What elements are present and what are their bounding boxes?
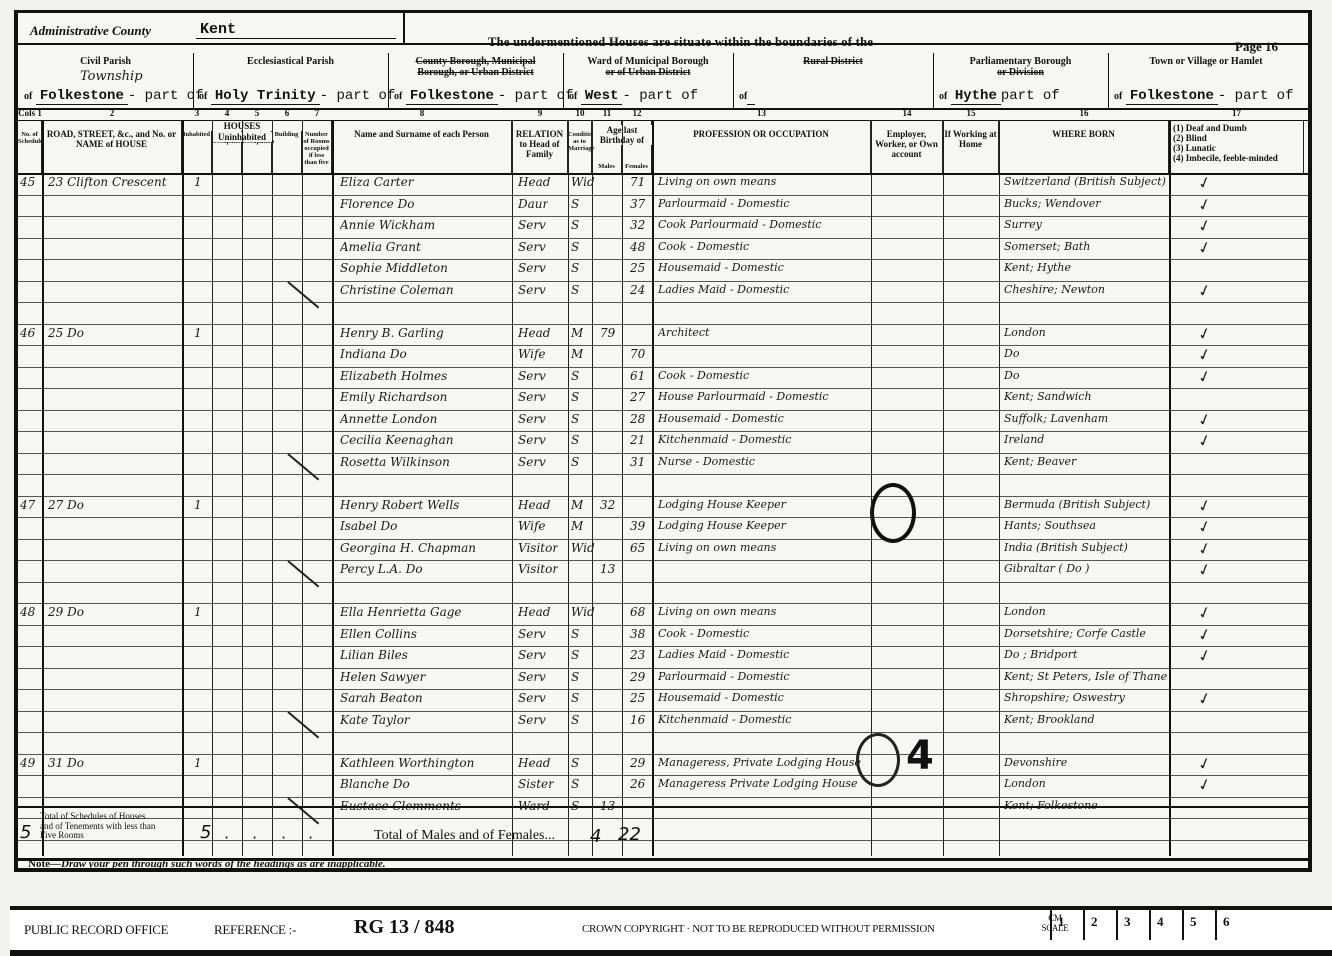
where_born-header-text: WHERE BORN xyxy=(999,129,1168,139)
condition: M xyxy=(571,519,583,533)
area-title-line1: Parliamentary Borough xyxy=(970,56,1072,67)
column-number: 14 xyxy=(871,108,943,118)
area-value-text: Folkestone xyxy=(1126,88,1218,105)
occupation: House Parlourmaid - Domestic xyxy=(658,390,868,403)
female-age: 24 xyxy=(630,283,645,297)
check-mark-icon: ✓ xyxy=(1196,172,1214,195)
occupation: Lodging House Keeper xyxy=(658,498,868,511)
where-born: Do xyxy=(1004,369,1168,382)
area-title: Rural District xyxy=(733,56,933,67)
area-handwritten: Township xyxy=(80,69,143,84)
person-name: Sarah Beaton xyxy=(340,691,510,705)
area-value-text: West xyxy=(581,88,623,105)
area-value-text: Hythe xyxy=(951,88,1001,105)
column-rule xyxy=(999,121,1000,856)
female-age: 32 xyxy=(630,218,645,232)
archive-footer: PUBLIC RECORD OFFICE REFERENCE :- RG 13 … xyxy=(10,906,1332,956)
relation: Serv xyxy=(518,218,546,232)
person-name: Henry B. Garling xyxy=(340,326,510,340)
schedule-header-text: No. of Schedule xyxy=(18,131,41,145)
male-age: 13 xyxy=(600,562,615,576)
female-age: 39 xyxy=(630,519,645,533)
area-value-text: Folkestone xyxy=(406,88,498,105)
relation: Head xyxy=(518,326,550,340)
scale-mark: 4 xyxy=(1149,910,1180,940)
relation: Serv xyxy=(518,369,546,383)
occupation: Manageress, Private Lodging House xyxy=(658,756,868,769)
total-inhabited: 5 xyxy=(200,822,211,843)
scale-mark: 3 xyxy=(1116,910,1147,940)
relation-header-text: RELATION to Head of Family xyxy=(512,129,567,159)
person-name: Henry Robert Wells xyxy=(340,498,510,512)
person-name: Lilian Biles xyxy=(340,648,510,662)
female-age: 28 xyxy=(630,412,645,426)
area-5: Parliamentary Borough or Division of Hyt… xyxy=(933,53,1109,108)
check-mark-icon: ✓ xyxy=(1196,537,1214,560)
where-born: London xyxy=(1004,326,1168,339)
schedule-number: 47 xyxy=(20,498,35,512)
where-born: Switzerland (British Subject) xyxy=(1004,175,1168,188)
female-age: 27 xyxy=(630,390,645,404)
area-suffix: - part of xyxy=(320,88,396,104)
area-value: of Folkestone- part of xyxy=(394,88,573,104)
scale-mark: 2 xyxy=(1083,910,1114,940)
person-name: Eliza Carter xyxy=(340,175,510,189)
condition: M xyxy=(571,498,583,512)
area-value-text: Holy Trinity xyxy=(211,88,320,105)
occupation: Living on own means xyxy=(658,541,868,554)
column-rule xyxy=(1169,121,1171,856)
column-number: 15 xyxy=(943,108,999,118)
person-name: Amelia Grant xyxy=(340,240,510,254)
relation: Head xyxy=(518,756,550,770)
check-mark-icon: ✓ xyxy=(1196,365,1214,388)
person-name: Kate Taylor xyxy=(340,713,510,727)
schedule-number: 49 xyxy=(20,756,35,770)
person-name: Isabel Do xyxy=(340,519,510,533)
of-label: of xyxy=(939,91,947,102)
condition: S xyxy=(571,648,579,662)
female-age: 29 xyxy=(630,756,645,770)
occupation-header-text: PROFESSION OR OCCUPATION xyxy=(652,129,870,139)
header-occupation: PROFESSION OR OCCUPATION xyxy=(652,121,871,173)
area-title-line1: Civil Parish xyxy=(80,56,131,67)
area-value-text: Folkestone xyxy=(36,88,128,105)
column-rule xyxy=(272,121,273,856)
column-number: 7 xyxy=(302,108,332,118)
house-address: 27 Do xyxy=(48,498,84,512)
condition: S xyxy=(571,713,579,727)
where-born: Kent; Hythe xyxy=(1004,261,1168,274)
where-born: Kent; Sandwich xyxy=(1004,390,1168,403)
male-age: 79 xyxy=(600,326,615,340)
column-rule xyxy=(943,121,944,856)
condition: S xyxy=(571,756,579,770)
where-born: Ireland xyxy=(1004,433,1168,446)
occupation: Ladies Maid - Domestic xyxy=(658,283,868,296)
occupation: Living on own means xyxy=(658,175,868,188)
relation: Wife xyxy=(518,347,546,361)
area-3: Ward of Municipal Borough or of Urban Di… xyxy=(563,53,734,108)
footer-reference-label: REFERENCE :- xyxy=(214,922,296,938)
column-rule xyxy=(568,121,569,856)
column-number: 17 xyxy=(1169,108,1304,118)
person-name: Annette London xyxy=(340,412,510,426)
column-number: 2 xyxy=(42,108,182,118)
condition: S xyxy=(571,218,579,232)
footer-office: PUBLIC RECORD OFFICE xyxy=(24,922,168,938)
person-name: Annie Wickham xyxy=(340,218,510,232)
occupation: Housemaid - Domestic xyxy=(658,412,868,425)
person-name: Helen Sawyer xyxy=(340,670,510,684)
schedule-number: 45 xyxy=(20,175,35,189)
footer-copyright: CROWN COPYRIGHT · NOT TO BE REPRODUCED W… xyxy=(582,923,935,935)
infirmity-header: (1) Deaf and Dumb (2) Blind (3) Lunatic … xyxy=(1173,123,1278,163)
where-born: Somerset; Bath xyxy=(1004,240,1168,253)
column-rule xyxy=(512,121,513,856)
female-age: 21 xyxy=(630,433,645,447)
person-name: Cecilia Keenaghan xyxy=(340,433,510,447)
check-mark-icon: ✓ xyxy=(1196,322,1214,345)
area-value: of xyxy=(739,88,755,104)
header-employer: Employer, Worker, or Own account xyxy=(871,121,943,173)
of-label: of xyxy=(24,91,32,102)
where-born: Do ; Bridport xyxy=(1004,648,1168,661)
check-mark-icon: ✓ xyxy=(1196,344,1214,367)
relation: Visitor xyxy=(518,562,558,576)
column-rule xyxy=(242,121,243,856)
female-age: 23 xyxy=(630,648,645,662)
occupation: Cook - Domestic xyxy=(658,240,868,253)
female-age: 26 xyxy=(630,777,645,791)
scale-mark: 5 xyxy=(1182,910,1213,940)
total-dot-4: · xyxy=(308,828,313,847)
column-rule xyxy=(212,121,213,856)
column-number: 6 xyxy=(272,108,302,118)
person-name: Emily Richardson xyxy=(340,390,510,404)
header-schedule: No. of Schedule xyxy=(18,121,42,173)
column-number: 10 xyxy=(568,108,592,118)
occupation: Kitchenmaid - Domestic xyxy=(658,433,868,446)
total-dot-3: · xyxy=(281,828,286,847)
check-mark-icon: ✓ xyxy=(1196,752,1214,775)
scale-mark: 6 xyxy=(1215,910,1246,940)
total-schedules-label: Total of Schedules of Houses and of Tene… xyxy=(40,812,160,841)
occupation: Cook - Domestic xyxy=(658,627,868,640)
person-name: Christine Coleman xyxy=(340,283,510,297)
building-header-text: Building xyxy=(272,131,301,138)
person-name: Indiana Do xyxy=(340,347,510,361)
header-working-home: If Working at Home xyxy=(943,121,999,173)
condition: S xyxy=(571,777,579,791)
header-relation: RELATION to Head of Family xyxy=(512,121,568,173)
relation: Serv xyxy=(518,627,546,641)
relation: Serv xyxy=(518,433,546,447)
column-number: 4 xyxy=(212,108,242,118)
condition: S xyxy=(571,390,579,404)
area-title: Parliamentary Borough or Division xyxy=(933,56,1108,78)
area-4: Rural District of xyxy=(733,53,934,108)
check-mark-icon: ✓ xyxy=(1196,645,1214,668)
admin-county-label: Administrative County xyxy=(30,23,151,39)
column-rule xyxy=(871,121,872,856)
female-age: 70 xyxy=(630,347,645,361)
person-name: Ellen Collins xyxy=(340,627,510,641)
occupation: Parlourmaid - Domestic xyxy=(658,670,868,683)
column-number: 11 xyxy=(592,108,622,118)
column-rule xyxy=(182,121,184,856)
condition: M xyxy=(571,326,583,340)
check-mark-icon: ✓ xyxy=(1196,408,1214,431)
total-males-females-label: Total of Males and of Females... xyxy=(374,828,555,844)
relation: Head xyxy=(518,498,550,512)
working_home-header-text: If Working at Home xyxy=(943,129,998,149)
where-born: Hants; Southsea xyxy=(1004,519,1168,532)
column-number: 3 xyxy=(182,108,212,118)
condition: M xyxy=(571,347,583,361)
of-label: of xyxy=(1114,91,1122,102)
males-header: Males xyxy=(592,163,621,170)
female-age: 25 xyxy=(630,261,645,275)
house-address: 25 Do xyxy=(48,326,84,340)
female-age: 31 xyxy=(630,455,645,469)
relation: Serv xyxy=(518,390,546,404)
area-value-text xyxy=(747,88,755,105)
female-age: 25 xyxy=(630,691,645,705)
area-value: of Folkestone- part of xyxy=(24,88,203,104)
female-age: 16 xyxy=(630,713,645,727)
of-label: of xyxy=(199,91,207,102)
check-mark-icon: ✓ xyxy=(1196,279,1214,302)
where-born: Kent; Brookland xyxy=(1004,713,1168,726)
area-0: Civil Parish Township of Folkestone- par… xyxy=(18,53,194,108)
check-mark-icon: ✓ xyxy=(1196,193,1214,216)
condition-header-text: Condition as to Marriage xyxy=(568,131,591,152)
female-age: 48 xyxy=(630,240,645,254)
area-title-line2: or of Urban District xyxy=(605,67,690,78)
check-mark-icon: ✓ xyxy=(1196,236,1214,259)
footnote: Note—Draw your pen through such words of… xyxy=(28,858,386,870)
where-born: Suffolk; Lavenham xyxy=(1004,412,1168,425)
person-name: Kathleen Worthington xyxy=(340,756,510,770)
circled-zero-annotation-2 xyxy=(856,733,900,787)
female-age: 71 xyxy=(630,175,645,189)
occupation: Kitchenmaid - Domestic xyxy=(658,713,868,726)
area-value: of Hythepart of xyxy=(939,88,1060,104)
where-born: Bermuda (British Subject) xyxy=(1004,498,1168,511)
relation: Serv xyxy=(518,691,546,705)
header-name: Name and Surname of each Person xyxy=(332,121,512,173)
relation: Serv xyxy=(518,283,546,297)
house-address: 23 Clifton Crescent xyxy=(48,175,167,189)
occupation: Ladies Maid - Domestic xyxy=(658,648,868,661)
area-title: County Borough, Municipal Borough, or Ur… xyxy=(388,56,563,78)
relation: Head xyxy=(518,175,550,189)
total-dot-2: · xyxy=(252,828,257,847)
area-suffix: part of xyxy=(1001,88,1060,104)
area-title-line2: Borough, or Urban District xyxy=(417,67,533,78)
column-rule xyxy=(302,121,303,856)
where-born: Devonshire xyxy=(1004,756,1168,769)
check-mark-icon: ✓ xyxy=(1196,494,1214,517)
where-born: Kent; St Peters, Isle of Thanet xyxy=(1004,670,1168,683)
inhabited-count: 1 xyxy=(194,756,202,770)
column-rule xyxy=(622,121,623,856)
condition: S xyxy=(571,455,579,469)
column-rule xyxy=(652,121,654,856)
occupation: Parlourmaid - Domestic xyxy=(658,197,868,210)
total-schedules: 5 xyxy=(20,822,31,843)
condition: S xyxy=(571,627,579,641)
inhabited-count: 1 xyxy=(194,175,202,189)
undermentioned-heading: The undermentioned Houses are situate wi… xyxy=(488,35,873,50)
column-numbers: Cols 1234567891011121314151617 xyxy=(18,108,1308,121)
check-mark-icon: ✓ xyxy=(1196,774,1214,797)
inhabited-header-text: Inhabited xyxy=(182,131,211,138)
check-mark-icon: ✓ xyxy=(1196,215,1214,238)
check-mark-icon: ✓ xyxy=(1196,688,1214,711)
rooms-header-text: Number of Rooms occupied if less than fi… xyxy=(302,131,331,166)
relation: Serv xyxy=(518,648,546,662)
condition: S xyxy=(571,197,579,211)
relation: Serv xyxy=(518,455,546,469)
admin-county-underline xyxy=(196,38,396,39)
female-age: 61 xyxy=(630,369,645,383)
where-born: India (British Subject) xyxy=(1004,541,1168,554)
area-title: Civil Parish xyxy=(18,56,193,67)
road-header-text: ROAD, STREET, &c., and No. or NAME of HO… xyxy=(42,129,181,149)
header-condition: Condition as to Marriage xyxy=(568,121,592,173)
condition: S xyxy=(571,283,579,297)
area-6: Town or Village or Hamlet of Folkestone-… xyxy=(1108,53,1304,108)
where-born: Gibraltar ( Do ) xyxy=(1004,562,1168,575)
employer-header-text: Employer, Worker, or Own account xyxy=(871,129,942,159)
inhabited-count: 1 xyxy=(194,498,202,512)
person-name: Percy L.A. Do xyxy=(340,562,510,576)
female-age: 38 xyxy=(630,627,645,641)
admin-county-box: Administrative County Kent xyxy=(18,13,405,43)
check-mark-icon: ✓ xyxy=(1196,602,1214,625)
where-born: Do xyxy=(1004,347,1168,360)
females-header: Females xyxy=(622,163,651,170)
relation: Visitor xyxy=(518,541,558,555)
person-name: Sophie Middleton xyxy=(340,261,510,275)
where-born: Bucks; Wendover xyxy=(1004,197,1168,210)
relation: Serv xyxy=(518,412,546,426)
column-number: 16 xyxy=(999,108,1169,118)
circled-zero-annotation xyxy=(870,483,916,543)
relation: Sister xyxy=(518,777,554,791)
column-number: Cols 1 xyxy=(18,108,42,118)
total-dot-1: · xyxy=(224,828,229,847)
relation: Daur xyxy=(518,197,548,211)
relation: Wife xyxy=(518,519,546,533)
name-header-text: Name and Surname of each Person xyxy=(332,129,511,139)
relation: Serv xyxy=(518,670,546,684)
area-value: of Folkestone- part of xyxy=(1114,88,1293,104)
header-road: ROAD, STREET, &c., and No. or NAME of HO… xyxy=(42,121,182,173)
area-title-line1: County Borough, Municipal xyxy=(415,56,535,67)
condition: S xyxy=(571,261,579,275)
area-title: Ward of Municipal Borough or of Urban Di… xyxy=(563,56,733,78)
number-four-annotation: 4 xyxy=(906,733,934,779)
occupation: Manageress Private Lodging House xyxy=(658,777,868,790)
inhabited-count: 1 xyxy=(194,605,202,619)
occupation: Living on own means xyxy=(658,605,868,618)
where-born: London xyxy=(1004,605,1168,618)
area-title: Town or Village or Hamlet xyxy=(1108,56,1304,67)
condition: S xyxy=(571,670,579,684)
occupation: Housemaid - Domestic xyxy=(658,261,868,274)
area-value: of West- part of xyxy=(569,88,698,104)
female-age: 65 xyxy=(630,541,645,555)
check-mark-icon: ✓ xyxy=(1196,559,1214,582)
condition: S xyxy=(571,369,579,383)
admin-county-value: Kent xyxy=(200,21,236,38)
schedule-number: 46 xyxy=(20,326,35,340)
column-number: 5 xyxy=(242,108,272,118)
schedule-number: 48 xyxy=(20,605,35,619)
person-name: Rosetta Wilkinson xyxy=(340,455,510,469)
condition: S xyxy=(571,691,579,705)
column-number: 8 xyxy=(332,108,512,118)
header-where-born: WHERE BORN xyxy=(999,121,1169,173)
person-name: Georgina H. Chapman xyxy=(340,541,510,555)
scale-mark: 1 xyxy=(1050,910,1081,940)
condition: S xyxy=(571,433,579,447)
note-prefix: Note xyxy=(28,858,50,870)
where-born: Shropshire; Oswestry xyxy=(1004,691,1168,704)
area-title: Ecclesiastical Parish xyxy=(193,56,388,67)
relation: Serv xyxy=(518,261,546,275)
note-text: —Draw your pen through such words of the… xyxy=(50,858,386,870)
of-label: of xyxy=(569,91,577,102)
of-label: of xyxy=(394,91,402,102)
area-1: Ecclesiastical Parish of Holy Trinity- p… xyxy=(193,53,389,108)
header-infirmity: (1) Deaf and Dumb (2) Blind (3) Lunatic … xyxy=(1169,121,1304,173)
area-suffix: - part of xyxy=(622,88,698,104)
person-name: Florence Do xyxy=(340,197,510,211)
female-age: 37 xyxy=(630,197,645,211)
house-address: 29 Do xyxy=(48,605,84,619)
where-born: Dorsetshire; Corfe Castle xyxy=(1004,627,1168,640)
relation: Serv xyxy=(518,240,546,254)
area-suffix: - part of xyxy=(1218,88,1294,104)
female-age: 29 xyxy=(630,670,645,684)
check-mark-icon: ✓ xyxy=(1196,516,1214,539)
condition: S xyxy=(571,240,579,254)
occupation: Nurse - Domestic xyxy=(658,455,868,468)
check-mark-icon: ✓ xyxy=(1196,430,1214,453)
admin-county-row: Administrative County Kent The underment… xyxy=(18,13,1308,45)
column-number: 9 xyxy=(512,108,568,118)
male-age: 32 xyxy=(600,498,615,512)
relation: Serv xyxy=(518,713,546,727)
relation: Head xyxy=(518,605,550,619)
female-age: 68 xyxy=(630,605,645,619)
column-rule xyxy=(592,121,593,856)
area-row: Civil Parish Township of Folkestone- par… xyxy=(18,53,1308,110)
person-name: Blanche Do xyxy=(340,777,510,791)
column-number: 13 xyxy=(652,108,871,118)
column-rule xyxy=(42,121,44,856)
where-born: Kent; Beaver xyxy=(1004,455,1168,468)
census-sheet: Administrative County Kent The underment… xyxy=(14,10,1312,872)
area-title-line1: Ecclesiastical Parish xyxy=(247,56,334,67)
house-address: 31 Do xyxy=(48,756,84,770)
footer-reference: RG 13 / 848 xyxy=(354,916,455,939)
occupation: Cook - Domestic xyxy=(658,369,868,382)
